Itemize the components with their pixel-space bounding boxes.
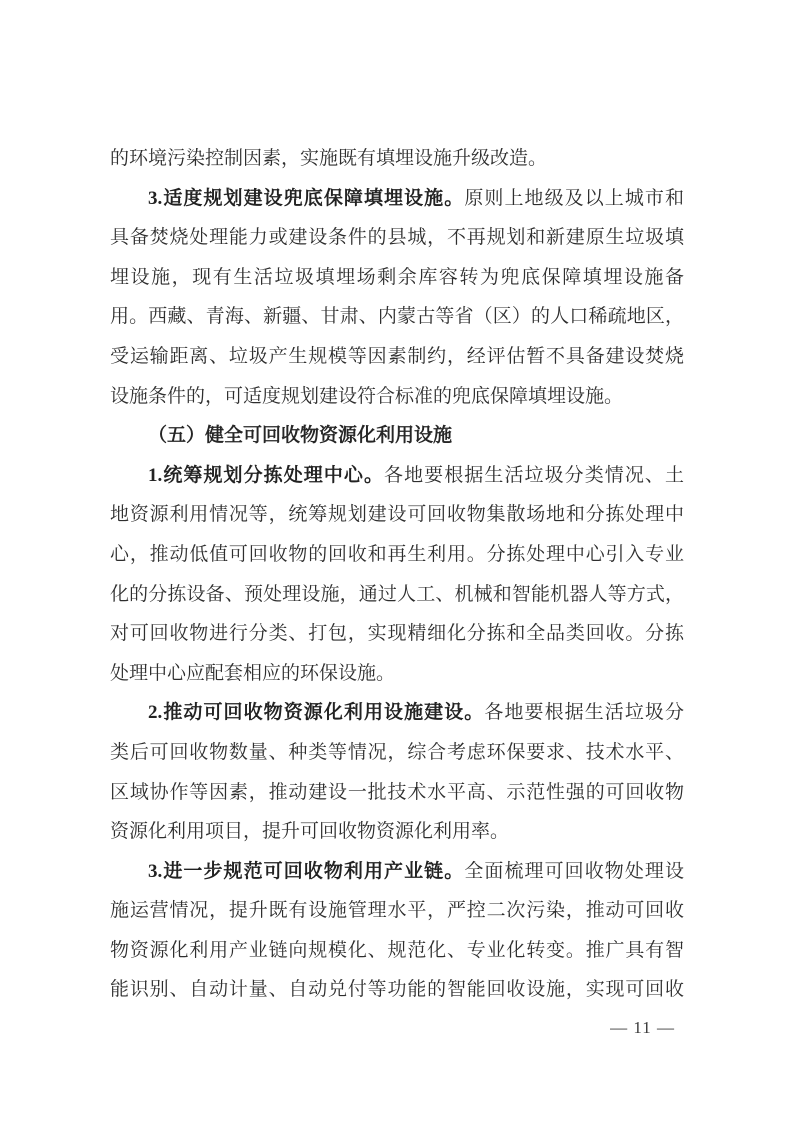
text-segment-normal: 设施条件的，可适度规划建设符合标准的兜底保障填埋设施。 [110,386,623,407]
text-segment-normal: 埋设施，现有生活垃圾填埋场剩余库容转为兜底保障填埋设施备 [110,267,684,288]
text-segment-normal: 受运输距离、垃圾产生规模等因素制约，经评估暂不具备建设焚烧 [110,346,684,367]
text-segment-bold: 3.进一步规范可回收物利用产业链。 [148,861,464,882]
text-segment-normal: 全面梳理可回收物处理设 [464,861,684,882]
text-line: 心，推动低值可回收物的回收和再生利用。分拣处理中心引入专业 [110,535,684,575]
text-line: 化的分拣设备、预处理设施，通过人工、机械和智能机器人等方式， [110,575,684,615]
text-segment-normal: 物资源化利用产业链向规模化、规范化、专业化转变。推广具有智 [110,940,684,961]
text-segment-normal: 处理中心应配套相应的环保设施。 [110,663,395,684]
text-line: 对可回收物进行分类、打包，实现精细化分拣和全品类回收。分拣 [110,614,684,654]
text-line: 能识别、自动计量、自动兑付等功能的智能回收设施，实现可回收 [110,970,684,1010]
text-line: 3.适度规划建设兜底保障填埋设施。原则上地级及以上城市和 [110,179,684,219]
page-number: — 11 — [610,1018,675,1037]
text-segment-normal: 施运营情况，提升既有设施管理水平，严控二次污染，推动可回收 [110,900,684,921]
text-segment-normal: 能识别、自动计量、自动兑付等功能的智能回收设施，实现可回收 [110,979,684,1000]
text-line: 1.统筹规划分拣处理中心。各地要根据生活垃圾分类情况、土 [110,456,684,496]
text-line: 物资源化利用产业链向规模化、规范化、专业化转变。推广具有智 [110,931,684,971]
text-line: 3.进一步规范可回收物利用产业链。全面梳理可回收物处理设 [110,852,684,892]
text-line: 区域协作等因素，推动建设一批技术水平高、示范性强的可回收物 [110,773,684,813]
text-segment-normal: 各地要根据生活垃圾分类情况、土 [384,465,684,486]
text-line: 类后可回收物数量、种类等情况，综合考虑环保要求、技术水平、 [110,733,684,773]
text-segment-bold: 3.适度规划建设兜底保障填埋设施。 [148,188,464,209]
text-segment-normal: 对可回收物进行分类、打包，实现精细化分拣和全品类回收。分拣 [110,623,684,644]
text-line: 埋设施，现有生活垃圾填埋场剩余库容转为兜底保障填埋设施备 [110,258,684,298]
text-line: （五）健全可回收物资源化利用设施 [110,416,684,456]
text-segment-kai: （五）健全可回收物资源化利用设施 [148,425,452,446]
text-segment-normal: 具备焚烧处理能力或建设条件的县城，不再规划和新建原生垃圾填 [110,227,684,248]
text-line: 的环境污染控制因素，实施既有填埋设施升级改造。 [110,139,684,179]
text-segment-normal: 资源化利用项目，提升可回收物资源化利用率。 [110,821,509,842]
text-segment-bold: 2.推动可回收物资源化利用设施建设。 [148,702,484,723]
document-page: 的环境污染控制因素，实施既有填埋设施升级改造。3.适度规划建设兜底保障填埋设施。… [0,0,794,1123]
text-segment-normal: 原则上地级及以上城市和 [464,188,684,209]
text-line: 具备焚烧处理能力或建设条件的县城，不再规划和新建原生垃圾填 [110,218,684,258]
text-line: 处理中心应配套相应的环保设施。 [110,654,684,694]
text-segment-normal: 心，推动低值可回收物的回收和再生利用。分拣处理中心引入专业 [110,544,684,565]
text-segment-normal: 各地要根据生活垃圾分 [484,702,684,723]
document-body: 的环境污染控制因素，实施既有填埋设施升级改造。3.适度规划建设兜底保障填埋设施。… [110,139,684,1010]
text-line: 设施条件的，可适度规划建设符合标准的兜底保障填埋设施。 [110,377,684,417]
text-segment-normal: 化的分拣设备、预处理设施，通过人工、机械和智能机器人等方式， [110,584,684,605]
text-segment-normal: 地资源利用情况等，统筹规划建设可回收物集散场地和分拣处理中 [110,504,684,525]
text-segment-normal: 类后可回收物数量、种类等情况，综合考虑环保要求、技术水平、 [110,742,684,763]
text-line: 2.推动可回收物资源化利用设施建设。各地要根据生活垃圾分 [110,693,684,733]
text-segment-normal: 的环境污染控制因素，实施既有填埋设施升级改造。 [110,148,547,169]
page-footer: — 11 — [610,1016,675,1040]
text-line: 地资源利用情况等，统筹规划建设可回收物集散场地和分拣处理中 [110,495,684,535]
text-line: 资源化利用项目，提升可回收物资源化利用率。 [110,812,684,852]
text-segment-normal: 区域协作等因素，推动建设一批技术水平高、示范性强的可回收物 [110,782,684,803]
text-line: 施运营情况，提升既有设施管理水平，严控二次污染，推动可回收 [110,891,684,931]
text-segment-normal: 用。西藏、青海、新疆、甘肃、内蒙古等省（区）的人口稀疏地区， [110,306,684,327]
text-line: 用。西藏、青海、新疆、甘肃、内蒙古等省（区）的人口稀疏地区， [110,297,684,337]
text-segment-bold: 1.统筹规划分拣处理中心。 [148,465,384,486]
text-line: 受运输距离、垃圾产生规模等因素制约，经评估暂不具备建设焚烧 [110,337,684,377]
